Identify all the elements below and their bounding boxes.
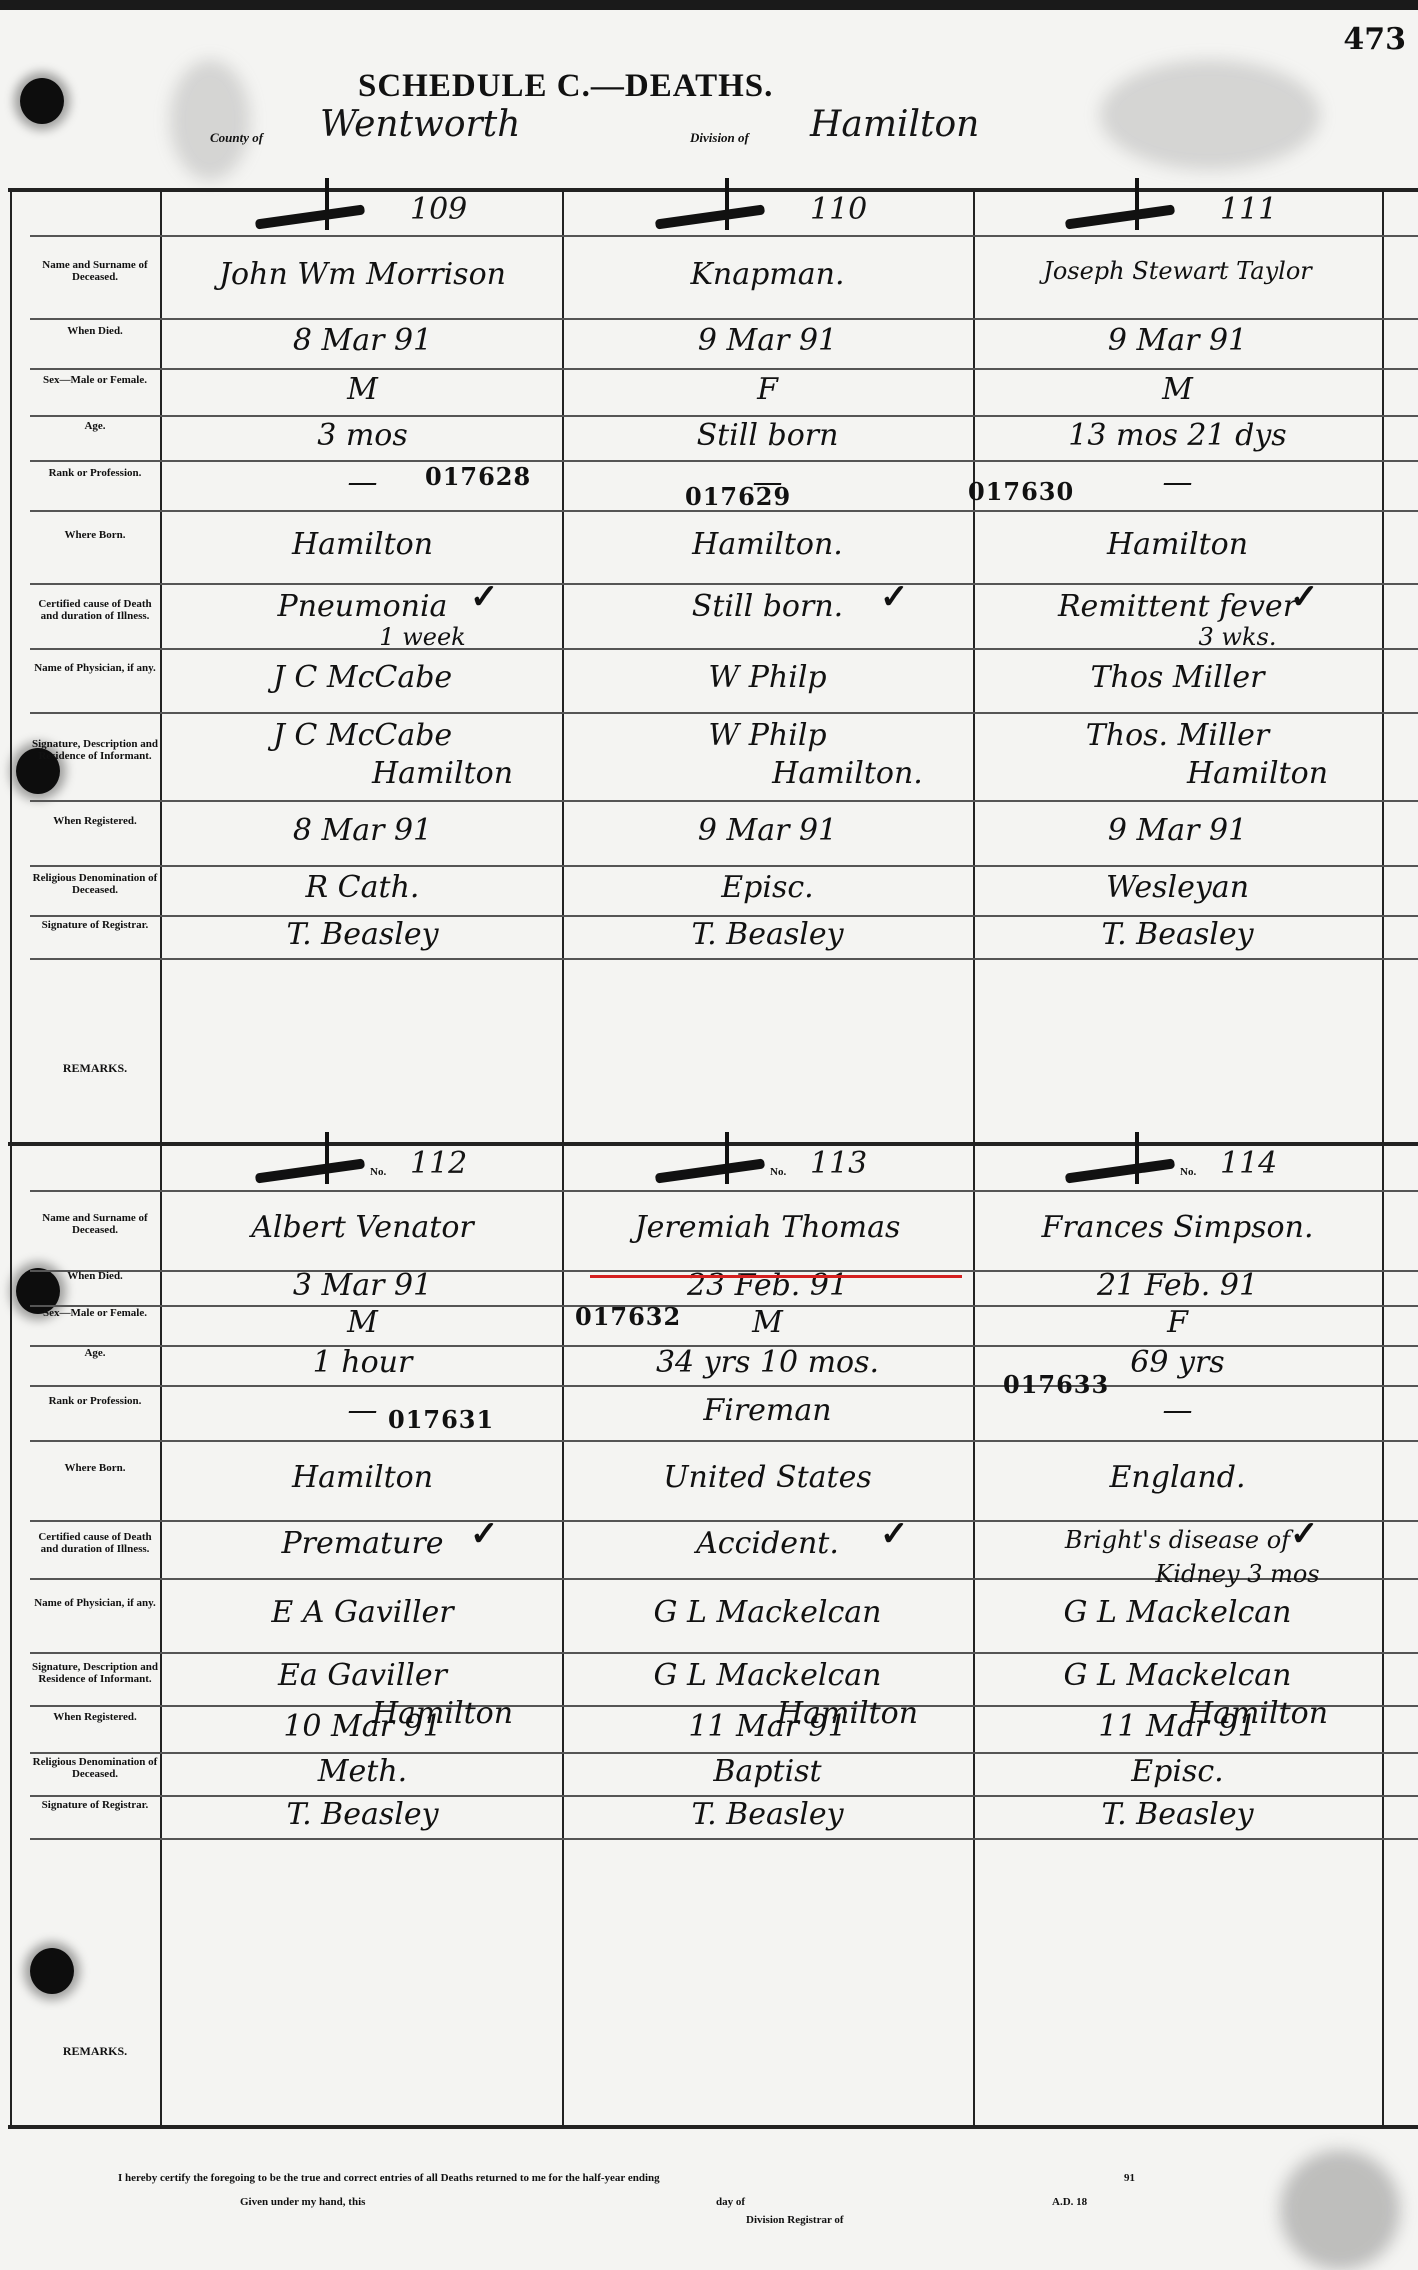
- row-label-sex: Sex—Male or Female.: [30, 1307, 160, 1319]
- entry-informant-residence: Hamilton: [245, 756, 640, 791]
- row-label-when-registered: When Registered.: [30, 815, 160, 827]
- page-title: SCHEDULE C.—DEATHS.: [358, 68, 773, 105]
- paper-smudge: [1280, 2150, 1400, 2270]
- entry-registrar: T. Beasley: [165, 917, 560, 952]
- entry-where-born: Hamilton: [165, 527, 560, 562]
- registration-stamp: 017628: [425, 462, 531, 491]
- entry-sex: F: [975, 1305, 1380, 1340]
- ad-label: A.D. 18: [1052, 2196, 1087, 2208]
- row-label-informant: Signature, Description and Residence of …: [30, 738, 160, 762]
- entry-cause: Remittent fever: [975, 589, 1380, 624]
- entry-cause: Accident.: [565, 1526, 970, 1561]
- row-rule: [30, 1440, 1418, 1442]
- row-label-religion: Religious Denomination of Deceased.: [30, 1756, 160, 1780]
- certify-text: I hereby certify the foregoing to be the…: [118, 2172, 660, 2184]
- county-label: County of: [210, 130, 263, 146]
- registration-stamp: 017629: [685, 482, 791, 511]
- entry-when-registered: 10 Mar 91: [165, 1709, 560, 1744]
- entry-sex: M: [165, 372, 560, 407]
- given-under-hand: Given under my hand, this: [240, 2196, 365, 2208]
- entry-age: Still born: [565, 418, 970, 453]
- entry-where-born: United States: [565, 1460, 970, 1495]
- entry-name: Albert Venator: [165, 1210, 560, 1245]
- row-rule: [30, 1190, 1418, 1192]
- row-label-where-born: Where Born.: [30, 1462, 160, 1474]
- certify-year: 91: [1124, 2172, 1135, 2184]
- entry-where-born: Hamilton: [975, 527, 1380, 562]
- entry-name: Joseph Stewart Taylor: [975, 257, 1380, 285]
- row-label-when-died: When Died.: [30, 325, 160, 337]
- entry-no-label: No.: [770, 1166, 786, 1178]
- strike-mark: [1065, 1158, 1175, 1183]
- entry-physician: W Philp: [565, 660, 970, 695]
- row-rule: [30, 1520, 1418, 1522]
- entry-where-born: Hamilton: [165, 1460, 560, 1495]
- entry-informant-residence: Hamilton.: [645, 756, 1050, 791]
- row-rule: [30, 1652, 1418, 1654]
- row-rule: [30, 318, 1418, 320]
- scan-top-edge: [0, 0, 1418, 10]
- row-label-when-registered: When Registered.: [30, 1711, 160, 1723]
- entry-when-died: 23 Feb. 91: [565, 1268, 970, 1303]
- registration-stamp: 017630: [968, 477, 1074, 506]
- strike-mark: [255, 1158, 365, 1183]
- entry-name: Frances Simpson.: [975, 1210, 1380, 1245]
- entry-registrar: T. Beasley: [565, 1797, 970, 1832]
- column-rule: [1382, 188, 1384, 2125]
- entry-name: Jeremiah Thomas: [565, 1210, 970, 1245]
- row-rule: [30, 583, 1418, 585]
- division-value: Hamilton: [810, 104, 979, 145]
- entry-physician: Thos Miller: [975, 660, 1380, 695]
- entry-cause: Still born.: [565, 589, 970, 624]
- entry-rank: Fireman: [565, 1393, 970, 1428]
- entry-registrar: T. Beasley: [565, 917, 970, 952]
- column-rule: [160, 188, 162, 2125]
- entry-when-died: 3 Mar 91: [165, 1268, 560, 1303]
- entry-cause: Premature: [165, 1526, 560, 1561]
- entry-when-died: 9 Mar 91: [975, 323, 1380, 358]
- county-value: Wentworth: [320, 104, 520, 145]
- check-mark-icon: ✓: [470, 577, 499, 617]
- row-label-when-died: When Died.: [30, 1270, 160, 1282]
- entry-age: 1 hour: [165, 1345, 560, 1380]
- entry-registrar: T. Beasley: [975, 1797, 1380, 1832]
- entry-religion: R Cath.: [165, 870, 560, 905]
- check-mark-icon: ✓: [470, 1514, 499, 1554]
- row-label-informant: Signature, Description and Residence of …: [30, 1661, 160, 1685]
- row-label-rank: Rank or Profession.: [30, 1395, 160, 1407]
- entry-religion: Baptist: [565, 1754, 970, 1789]
- binder-hole: [30, 1948, 74, 1994]
- entry-number: 112: [410, 1146, 467, 1181]
- division-registrar-label: Division Registrar of: [746, 2214, 844, 2226]
- entry-cause-duration: 1 week: [225, 623, 620, 651]
- row-label-cause: Certified cause of Death and duration of…: [30, 1531, 160, 1555]
- registration-stamp: 017633: [1003, 1370, 1109, 1399]
- strike-mark: [1135, 1132, 1139, 1184]
- entry-informant: G L Mackelcan: [565, 1658, 970, 1693]
- row-label-age: Age.: [30, 420, 160, 432]
- check-mark-icon: ✓: [1290, 1514, 1319, 1554]
- entry-no-label: No.: [370, 1166, 386, 1178]
- registration-stamp: 017632: [575, 1302, 681, 1331]
- row-rule: [30, 1385, 1418, 1387]
- entry-informant: Ea Gaviller: [165, 1658, 560, 1693]
- entry-number: 113: [810, 1146, 867, 1181]
- row-rule: [30, 800, 1418, 802]
- entry-name: John Wm Morrison: [165, 257, 560, 292]
- strike-mark: [725, 178, 729, 230]
- binder-hole: [20, 78, 64, 124]
- entry-sex: F: [565, 372, 970, 407]
- row-rule: [30, 865, 1418, 867]
- entry-religion: Wesleyan: [975, 870, 1380, 905]
- row-label-where-born: Where Born.: [30, 529, 160, 541]
- row-label-registrar: Signature of Registrar.: [30, 1799, 160, 1811]
- column-rule: [562, 188, 564, 2125]
- entry-physician: G L Mackelcan: [565, 1595, 970, 1630]
- row-label-physician: Name of Physician, if any.: [30, 1597, 160, 1609]
- entry-name: Knapman.: [565, 257, 970, 292]
- check-mark-icon: ✓: [880, 577, 909, 617]
- entry-cause: Pneumonia: [165, 589, 560, 624]
- strike-mark: [725, 1132, 729, 1184]
- row-rule: [30, 712, 1418, 714]
- row-rule: [30, 1838, 1418, 1840]
- row-label-name: Name and Surname of Deceased.: [30, 259, 160, 283]
- strike-mark: [1135, 178, 1139, 230]
- row-label-registrar: Signature of Registrar.: [30, 919, 160, 931]
- strike-mark: [255, 204, 365, 229]
- column-rule: [10, 188, 12, 2125]
- entry-religion: Episc.: [975, 1754, 1380, 1789]
- entry-registrar: T. Beasley: [975, 917, 1380, 952]
- entry-cause-duration: Kidney 3 mos: [1035, 1560, 1418, 1588]
- strike-mark: [1065, 204, 1175, 229]
- rule-heavy: [8, 2125, 1418, 2129]
- entry-rank: —: [165, 1393, 560, 1428]
- row-label-age: Age.: [30, 1347, 160, 1359]
- strike-mark: [655, 204, 765, 229]
- entry-number: 109: [410, 192, 467, 227]
- entry-informant: W Philp: [565, 718, 970, 753]
- entry-when-registered: 9 Mar 91: [565, 813, 970, 848]
- entry-sex: M: [165, 1305, 560, 1340]
- entry-age: 3 mos: [165, 418, 560, 453]
- entry-age: 13 mos 21 dys: [975, 418, 1380, 453]
- entry-when-registered: 11 Mar 91: [565, 1709, 970, 1744]
- entry-number: 110: [810, 192, 867, 227]
- division-label: Division of: [690, 130, 749, 146]
- entry-informant-residence: Hamilton: [1055, 756, 1418, 791]
- row-label-sex: Sex—Male or Female.: [30, 374, 160, 386]
- row-label-religion: Religious Denomination of Deceased.: [30, 872, 160, 896]
- row-rule: [30, 235, 1418, 237]
- page-number: 473: [1343, 22, 1406, 57]
- entry-informant: J C McCabe: [165, 718, 560, 753]
- entry-when-died: 8 Mar 91: [165, 323, 560, 358]
- entry-when-registered: 8 Mar 91: [165, 813, 560, 848]
- entry-when-died: 21 Feb. 91: [975, 1268, 1380, 1303]
- registration-stamp: 017631: [388, 1405, 494, 1434]
- entry-informant: G L Mackelcan: [975, 1658, 1380, 1693]
- row-label-remarks: REMARKS.: [30, 2045, 160, 2057]
- check-mark-icon: ✓: [880, 1514, 909, 1554]
- check-mark-icon: ✓: [1290, 577, 1319, 617]
- row-label-rank: Rank or Profession.: [30, 467, 160, 479]
- entry-no-label: No.: [1180, 1166, 1196, 1178]
- paper-smudge: [170, 60, 250, 180]
- strike-mark: [655, 1158, 765, 1183]
- entry-sex: M: [975, 372, 1380, 407]
- entry-where-born: England.: [975, 1460, 1380, 1495]
- entry-number: 111: [1220, 192, 1277, 227]
- strike-mark: [325, 178, 329, 230]
- entry-religion: Meth.: [165, 1754, 560, 1789]
- entry-physician: E A Gaviller: [165, 1595, 560, 1630]
- rule-heavy: [8, 1142, 1418, 1146]
- entry-religion: Episc.: [565, 870, 970, 905]
- entry-when-died: 9 Mar 91: [565, 323, 970, 358]
- row-rule: [30, 958, 1418, 960]
- entry-when-registered: 11 Mar 91: [975, 1709, 1380, 1744]
- paper-smudge: [1100, 60, 1320, 170]
- highlight-underline: [590, 1275, 962, 1278]
- entry-informant: Thos. Miller: [975, 718, 1380, 753]
- row-label-cause: Certified cause of Death and duration of…: [30, 598, 160, 622]
- entry-cause-duration: 3 wks.: [1035, 623, 1418, 651]
- entry-physician: J C McCabe: [165, 660, 560, 695]
- entry-age: 34 yrs 10 mos.: [565, 1345, 970, 1380]
- entry-registrar: T. Beasley: [165, 1797, 560, 1832]
- row-rule: [30, 460, 1418, 462]
- row-label-remarks: REMARKS.: [30, 1062, 160, 1074]
- row-label-physician: Name of Physician, if any.: [30, 662, 160, 674]
- entry-number: 114: [1220, 1146, 1277, 1181]
- row-label-name: Name and Surname of Deceased.: [30, 1212, 160, 1236]
- day-of-label: day of: [716, 2196, 745, 2208]
- entry-where-born: Hamilton.: [565, 527, 970, 562]
- entry-when-registered: 9 Mar 91: [975, 813, 1380, 848]
- row-rule: [30, 368, 1418, 370]
- entry-physician: G L Mackelcan: [975, 1595, 1380, 1630]
- entry-cause: Bright's disease of: [975, 1526, 1380, 1554]
- rule-heavy: [8, 188, 1418, 192]
- strike-mark: [325, 1132, 329, 1184]
